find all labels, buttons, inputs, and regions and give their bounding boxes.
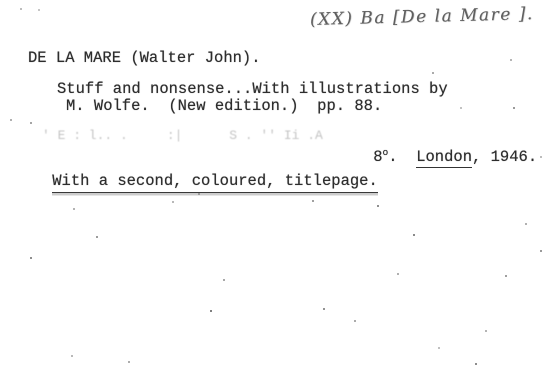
title-line-2: M. Wolfe. (New edition.) pp. 88.	[66, 97, 382, 115]
place-name: London	[416, 148, 472, 168]
format-separator: .	[388, 148, 416, 166]
format-superscript: o	[383, 147, 389, 158]
handwritten-shelfmark: (XX) Ba [De la Mare ].	[310, 4, 534, 30]
catalog-card: (XX) Ba [De la Mare ]. DE LA MARE (Walte…	[0, 0, 550, 374]
note-text: With a second, coloured, titlepage.	[52, 172, 378, 193]
scan-noise	[0, 0, 2, 2]
publication-date: , 1946.	[472, 148, 537, 166]
title-line-1: Stuff and nonsense...With illustrations …	[57, 80, 448, 98]
note-line: With a second, coloured, titlepage.	[15, 154, 378, 208]
faint-offset-marks: ' E : l.. . :| S . '' Ii .A	[42, 128, 323, 143]
author-heading: DE LA MARE (Walter John).	[28, 49, 261, 67]
